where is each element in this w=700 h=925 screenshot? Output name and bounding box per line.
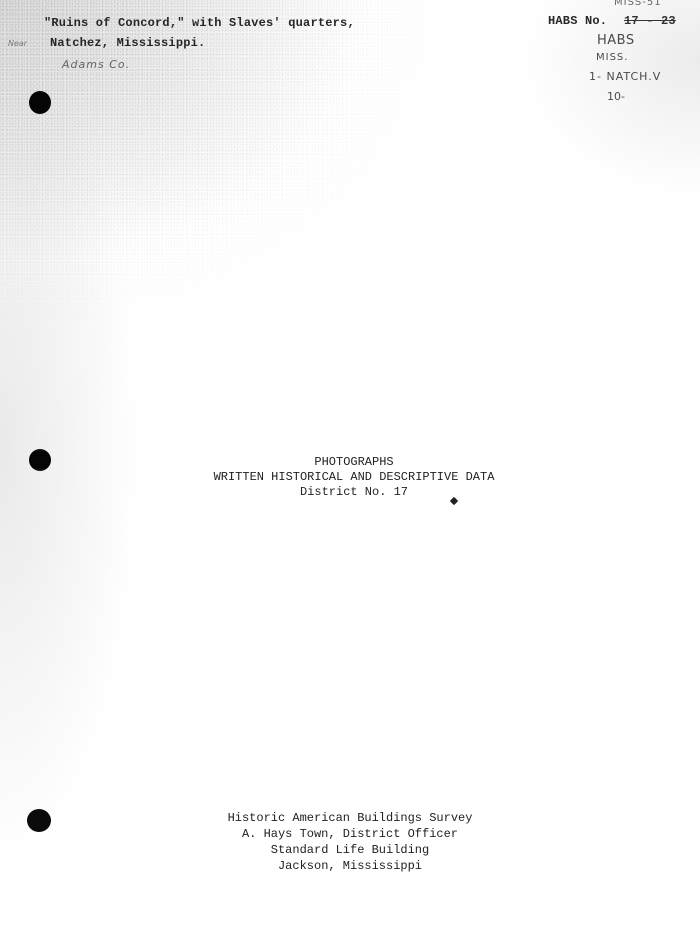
- heading-district: District No. 17: [4, 485, 700, 500]
- office-city: Jackson, Mississippi: [0, 858, 700, 874]
- habs-handwritten-line-4: 10-: [607, 90, 625, 103]
- heading-written-data: WRITTEN HISTORICAL AND DESCRIPTIVE DATA: [4, 470, 700, 485]
- habs-number-label: HABS No.: [548, 14, 607, 28]
- margin-note-near: Near: [8, 39, 27, 48]
- habs-handwritten-line-2: MISS.: [596, 52, 628, 63]
- office-survey-name: Historic American Buildings Survey: [0, 810, 700, 826]
- document-title-line-1: "Ruins of Concord," with Slaves' quarter…: [44, 16, 355, 30]
- habs-struck-number: 17 - 23: [624, 14, 676, 28]
- document-title-line-2: Natchez, Mississippi.: [50, 36, 205, 50]
- office-district-officer: A. Hays Town, District Officer: [0, 826, 700, 842]
- habs-handwritten-line-1: HABS: [597, 33, 635, 48]
- punch-hole-top: [29, 91, 51, 114]
- habs-handwritten-top: MISS-51: [614, 0, 662, 8]
- office-address-block: Historic American Buildings Survey A. Ha…: [0, 810, 700, 874]
- heading-photographs: PHOTOGRAPHS: [4, 455, 700, 470]
- habs-handwritten-line-3: 1- NATCH.V: [589, 70, 661, 83]
- county-handwritten-note: Adams Co.: [62, 58, 130, 71]
- data-heading-block: PHOTOGRAPHS WRITTEN HISTORICAL AND DESCR…: [4, 455, 700, 500]
- office-building: Standard Life Building: [0, 842, 700, 858]
